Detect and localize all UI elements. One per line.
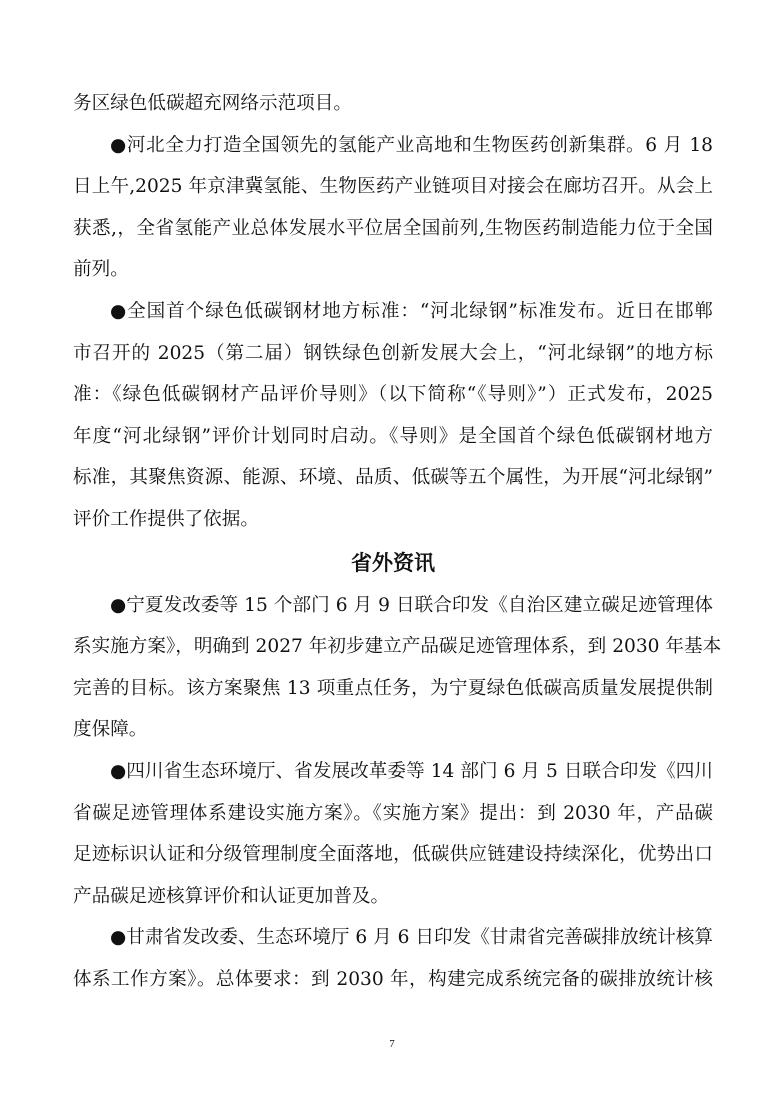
text-line: 准：《绿色低碳钢材产品评价导则》（以下简称“《导则》”）正式发布，2025 — [73, 374, 713, 416]
text-line: 获悉,，全省氢能产业总体发展水平位居全国前列,生物医药制造能力位于全国 — [73, 208, 713, 250]
text-line: ●宁夏发改委等 15 个部门 6 月 9 日联合印发《自治区建立碳足迹管理体 — [73, 585, 713, 627]
text-line: ●四川省生态环境厅、省发展改革委等 14 部门 6 月 5 日联合印发《四川 — [73, 751, 713, 793]
text-line: ●全国首个绿色低碳钢材地方标准：“河北绿钢”标准发布。近日在邯郸 — [73, 291, 713, 333]
text-line: 系实施方案》，明确到 2027 年初步建立产品碳足迹管理体系，到 2030 年基… — [73, 626, 713, 668]
page-number: 7 — [0, 1038, 784, 1050]
text-line: 省碳足迹管理体系建设实施方案》。《实施方案》提出：到 2030 年，产品碳 — [73, 793, 713, 835]
text-line: 年度“河北绿钢”评价计划同时启动。《导则》是全国首个绿色低碳钢材地方 — [73, 416, 713, 458]
text-line: 前列。 — [73, 249, 713, 291]
paragraph-ningxia: ●宁夏发改委等 15 个部门 6 月 9 日联合印发《自治区建立碳足迹管理体 系… — [73, 585, 713, 751]
text-line: 足迹标识认证和分级管理制度全面落地，低碳供应链建设持续深化，优势出口 — [73, 834, 713, 876]
text-line: 评价工作提供了依据。 — [73, 499, 713, 541]
document-page: 务区绿色低碳超充网络示范项目。 ●河北全力打造全国领先的氢能产业高地和生物医药创… — [73, 83, 713, 1000]
text-line: 日上午,2025 年京津冀氢能、生物医药产业链项目对接会在廊坊召开。从会上 — [73, 166, 713, 208]
text-line: 体系工作方案》。总体要求：到 2030 年，构建完成系统完备的碳排放统计核 — [73, 959, 713, 1001]
paragraph-hebei-green-steel: ●全国首个绿色低碳钢材地方标准：“河北绿钢”标准发布。近日在邯郸 市召开的 20… — [73, 291, 713, 541]
text-line: ●河北全力打造全国领先的氢能产业高地和生物医药创新集群。6 月 18 — [73, 125, 713, 167]
text-line: 完善的目标。该方案聚焦 13 项重点任务，为宁夏绿色低碳高质量发展提供制 — [73, 668, 713, 710]
text-line: 市召开的 2025（第二届）钢铁绿色创新发展大会上，“河北绿钢”的地方标 — [73, 333, 713, 375]
paragraph-continuation: 务区绿色低碳超充网络示范项目。 — [73, 83, 713, 125]
text-line: ●甘肃省发改委、生态环境厅 6 月 6 日印发《甘肃省完善碳排放统计核算 — [73, 917, 713, 959]
paragraph-sichuan: ●四川省生态环境厅、省发展改革委等 14 部门 6 月 5 日联合印发《四川 省… — [73, 751, 713, 917]
text-line: 标准，其聚焦资源、能源、环境、品质、低碳等五个属性，为开展“河北绿钢” — [73, 457, 713, 499]
paragraph-hebei-hydrogen: ●河北全力打造全国领先的氢能产业高地和生物医药创新集群。6 月 18 日上午,2… — [73, 125, 713, 291]
text-line: 度保障。 — [73, 709, 713, 751]
paragraph-gansu: ●甘肃省发改委、生态环境厅 6 月 6 日印发《甘肃省完善碳排放统计核算 体系工… — [73, 917, 713, 1000]
section-heading: 省外资讯 — [73, 541, 713, 585]
text-line: 务区绿色低碳超充网络示范项目。 — [73, 83, 713, 125]
text-line: 产品碳足迹核算评价和认证更加普及。 — [73, 876, 713, 918]
